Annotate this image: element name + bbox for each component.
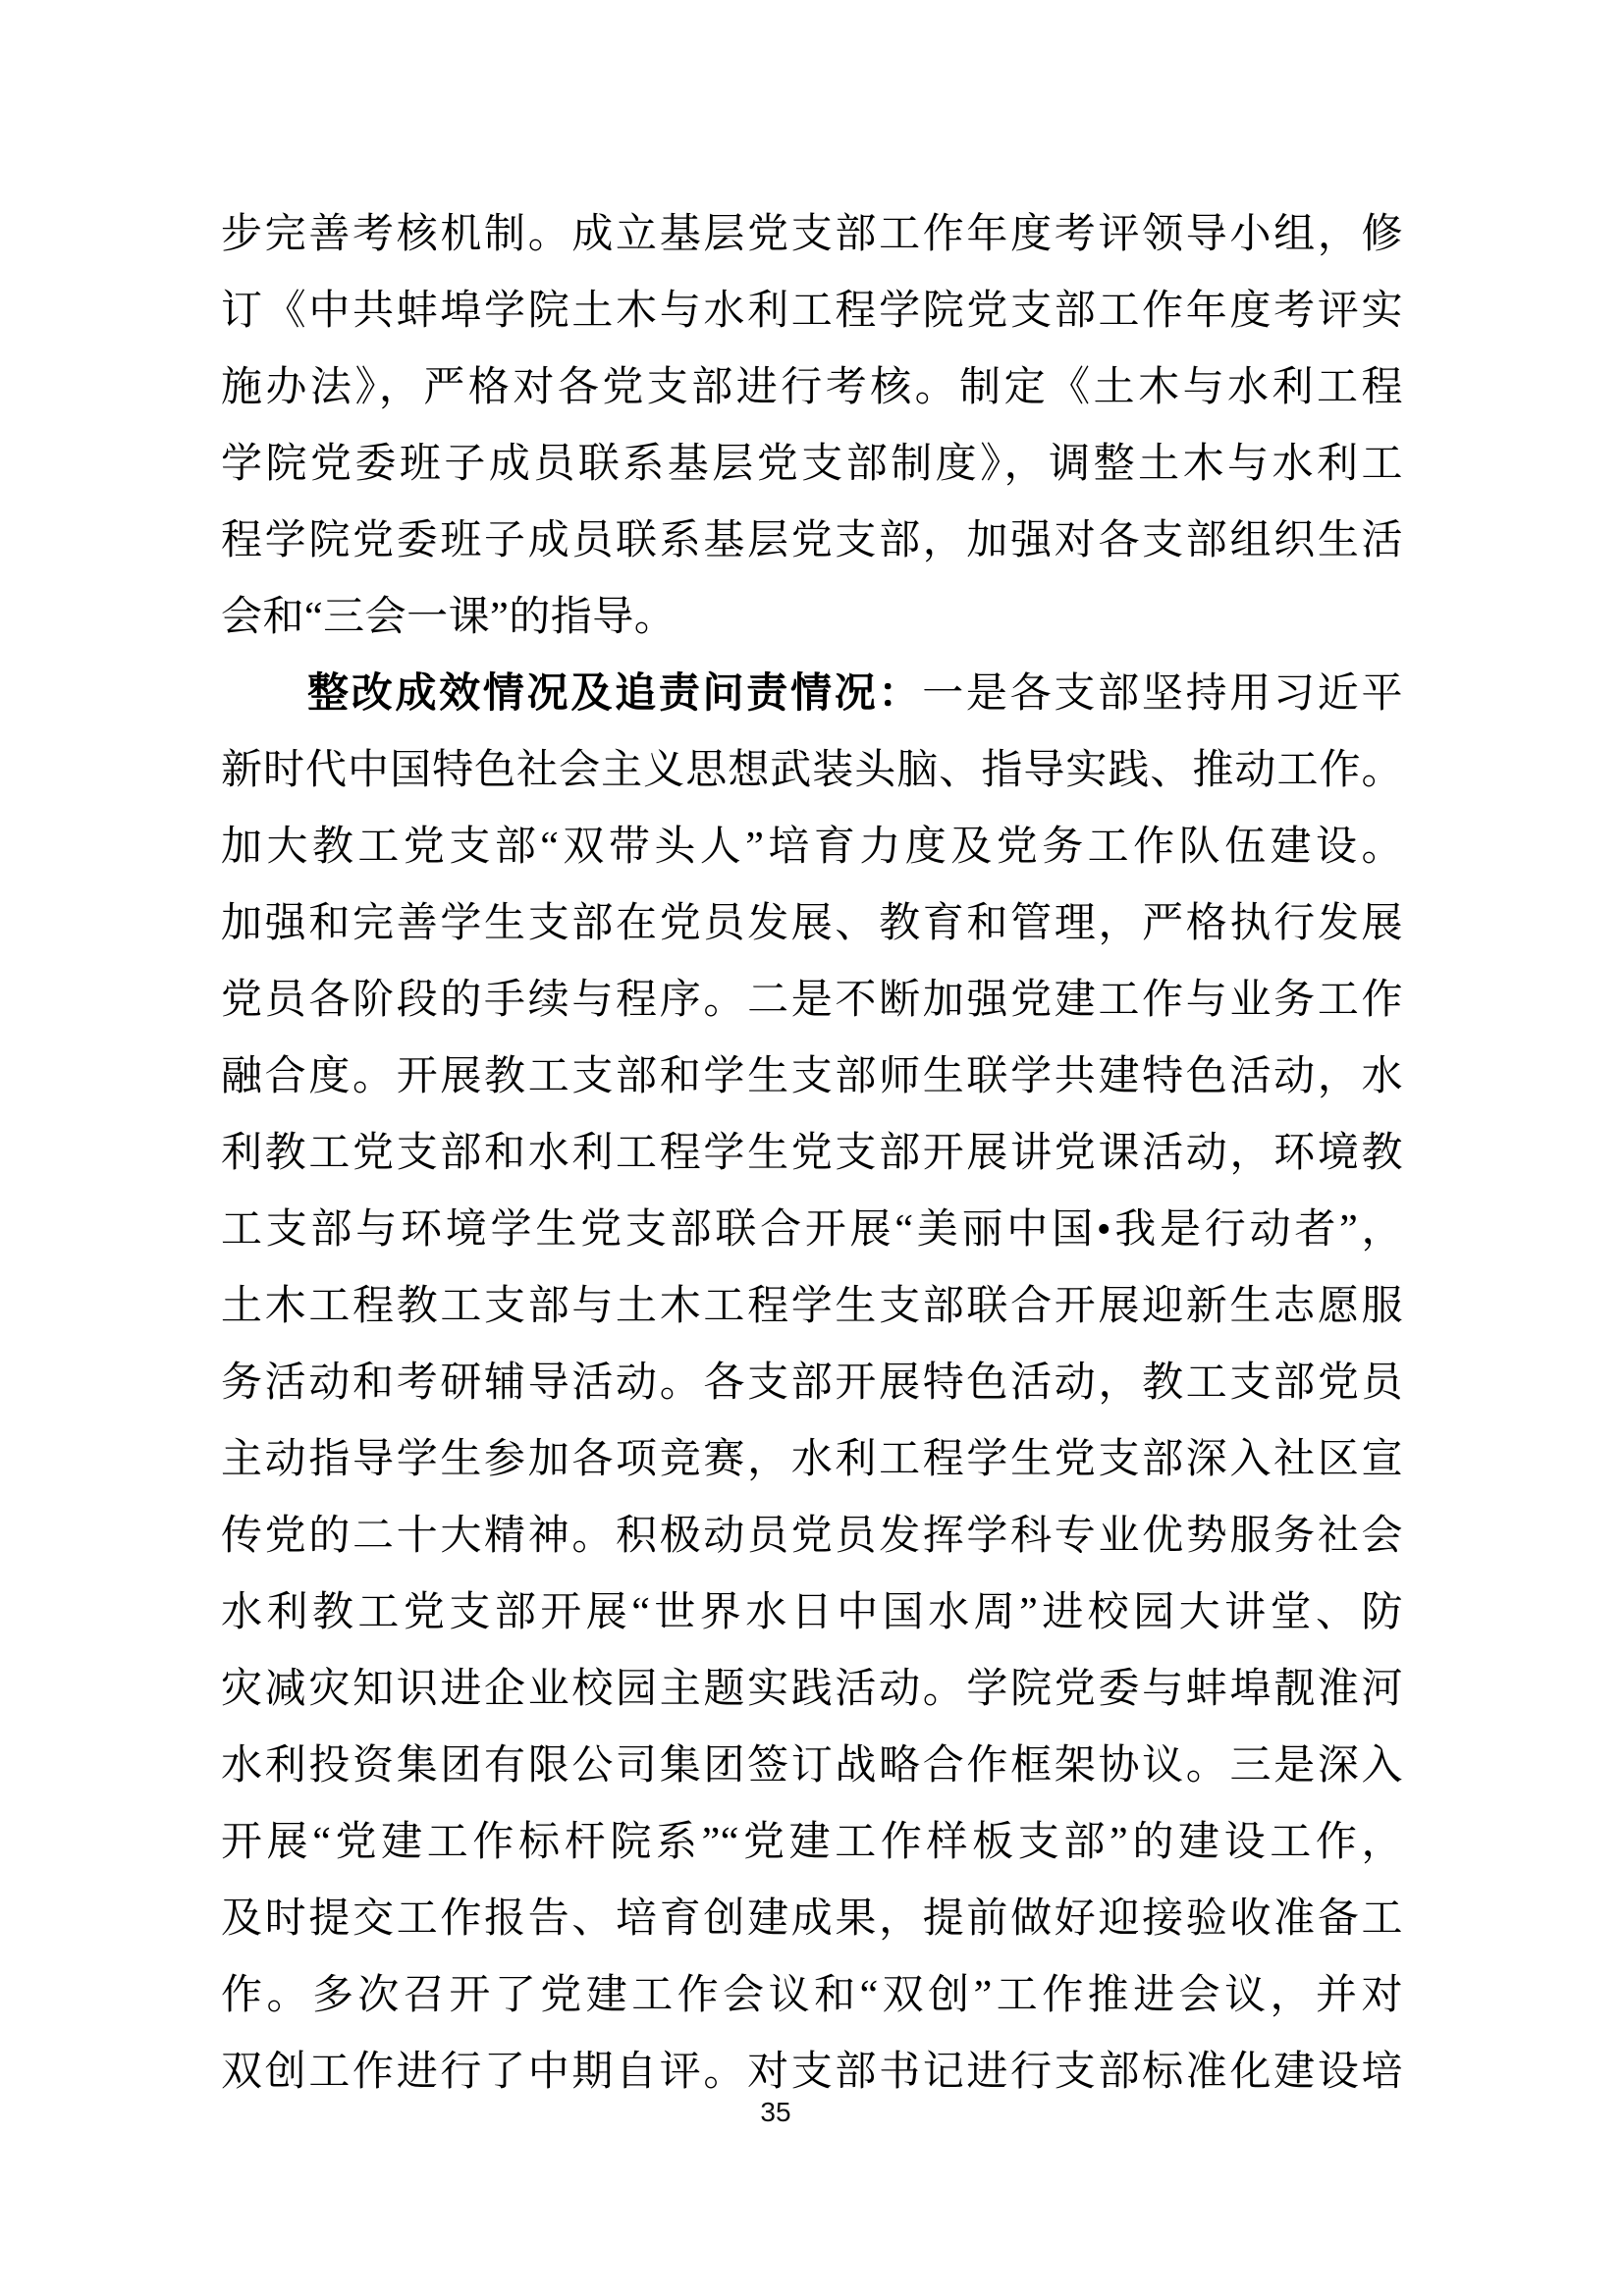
text-line: 传党的二十大精神。积极动员党员发挥学科专业优势服务社会 bbox=[221, 1498, 1403, 1575]
paragraph-1: 步完善考核机制。成立基层党支部工作年度考评领导小组，修订《中共蚌埠学院土木与水利… bbox=[221, 196, 1403, 656]
text-line: 主动指导学生参加各项竞赛，水利工程学生党支部深入社区宣 bbox=[221, 1421, 1403, 1498]
text-line: 会和“三会一课”的指导。 bbox=[221, 579, 1403, 656]
text-line: 及时提交工作报告、培育创建成果，提前做好迎接验收准备工 bbox=[221, 1881, 1403, 1957]
text-line: 土木工程教工支部与土木工程学生支部联合开展迎新生志愿服 bbox=[221, 1268, 1403, 1345]
text-line: 灾减灾知识进企业校园主题实践活动。学院党委与蚌埠靓淮河 bbox=[221, 1651, 1403, 1728]
text-line: 学院党委班子成员联系基层党支部制度》，调整土木与水利工 bbox=[221, 426, 1403, 503]
text-line: 水利投资集团有限公司集团签订战略合作框架协议。三是深入 bbox=[221, 1728, 1403, 1804]
paragraph-2-first-line: 整改成效情况及追责问责情况：一是各支部坚持用习近平 bbox=[221, 656, 1403, 732]
text-line: 务活动和考研辅导活动。各支部开展特色活动，教工支部党员 bbox=[221, 1345, 1403, 1421]
text-line: 施办法》，严格对各党支部进行考核。制定《土木与水利工程 bbox=[221, 349, 1403, 426]
page-number: 35 bbox=[760, 2097, 790, 2127]
section-heading: 整改成效情况及追责问责情况： bbox=[307, 671, 922, 717]
text-line: 工支部与环境学生党支部联合开展“美丽中国•我是行动者”， bbox=[221, 1192, 1403, 1268]
section-first-sentence: 一是各支部坚持用习近平 bbox=[922, 671, 1403, 717]
text-line: 程学院党委班子成员联系基层党支部，加强对各支部组织生活 bbox=[221, 503, 1403, 579]
paragraph-2-continued: 新时代中国特色社会主义思想武装头脑、指导实践、推动工作。加大教工党支部“双带头人… bbox=[221, 732, 1403, 2110]
text-line: 加大教工党支部“双带头人”培育力度及党务工作队伍建设。 bbox=[221, 809, 1403, 885]
text-line: 加强和完善学生支部在党员发展、教育和管理，严格执行发展 bbox=[221, 885, 1403, 962]
text-line: 新时代中国特色社会主义思想武装头脑、指导实践、推动工作。 bbox=[221, 732, 1403, 809]
text-line: 步完善考核机制。成立基层党支部工作年度考评领导小组，修 bbox=[221, 196, 1403, 273]
text-line: 利教工党支部和水利工程学生党支部开展讲党课活动，环境教 bbox=[221, 1115, 1403, 1192]
text-line: 订《中共蚌埠学院土木与水利工程学院党支部工作年度考评实 bbox=[221, 273, 1403, 349]
document-page: 步完善考核机制。成立基层党支部工作年度考评领导小组，修订《中共蚌埠学院土木与水利… bbox=[0, 0, 1624, 2296]
text-line: 开展“党建工作标杆院系”“党建工作样板支部”的建设工作， bbox=[221, 1804, 1403, 1881]
text-line: 党员各阶段的手续与程序。二是不断加强党建工作与业务工作 bbox=[221, 962, 1403, 1039]
body-text: 步完善考核机制。成立基层党支部工作年度考评领导小组，修订《中共蚌埠学院土木与水利… bbox=[221, 196, 1403, 2110]
text-line: 融合度。开展教工支部和学生支部师生联学共建特色活动，水 bbox=[221, 1039, 1403, 1115]
text-line: 作。多次召开了党建工作会议和“双创”工作推进会议，并对 bbox=[221, 1957, 1403, 2034]
page-footer: 35 bbox=[0, 2097, 1551, 2128]
text-line: 水利教工党支部开展“世界水日中国水周”进校园大讲堂、防 bbox=[221, 1575, 1403, 1651]
